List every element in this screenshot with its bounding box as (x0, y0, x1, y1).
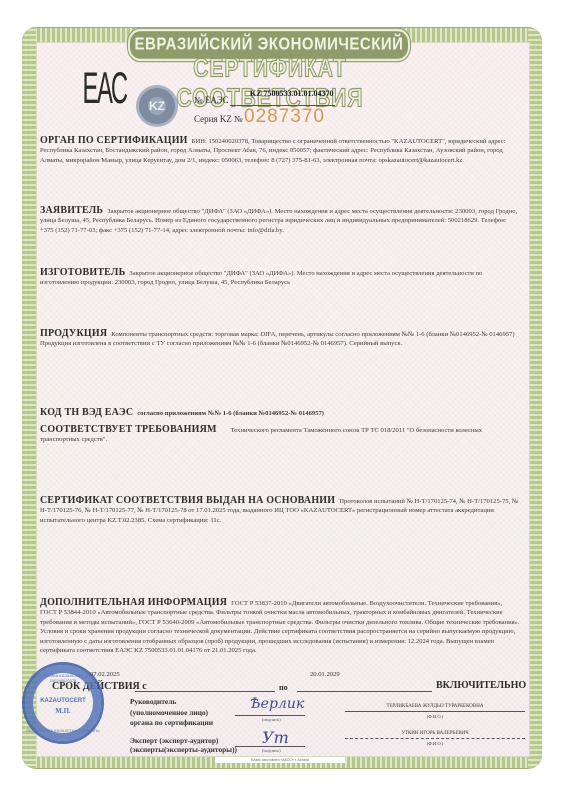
validity-to-label: по (279, 683, 288, 692)
applicant-text: Закрытое акционерное общество "ДИФА" (ЗА… (40, 208, 517, 234)
validity-to-line (297, 691, 432, 692)
product-text: Компоненты транспортных средств: торгова… (40, 331, 515, 347)
expert-signature-caption: (подпись) (262, 748, 281, 753)
series-number: 0287370 (244, 106, 325, 128)
head-name-line (345, 711, 525, 712)
expert-name: УТКИН ИГОРЬ ВАЛЕРЬЕВИЧ (350, 731, 520, 736)
expert-label: Эксперт (эксперт-аудитор) (эксперты(эксп… (130, 736, 237, 754)
conforms-section: СООТВЕТСТВУЕТ ТРЕБОВАНИЯМ Технического р… (40, 425, 520, 445)
certification-body-heading: ОРГАН ПО СЕРТИФИКАЦИИ (40, 135, 188, 146)
stamp-ring-bottom: РЕСПУБЛИКА КАЗАХСТАН Г. АЛМАТЫ (25, 728, 101, 733)
validity-from-line (135, 691, 275, 692)
head-signature-line (235, 715, 305, 716)
applicant-heading: ЗАЯВИТЕЛЬ (40, 205, 103, 216)
applicant-section: ЗАЯВИТЕЛЬЗакрытое акционерное общество "… (40, 206, 520, 235)
expert-signature-line (235, 746, 305, 747)
conforms-heading: СООТВЕТСТВУЕТ ТРЕБОВАНИЯМ (40, 424, 217, 435)
stamp-ring-top: РЕСПУБЛИКА КАЗАХСТАН · БИН 150240020378 (25, 673, 101, 683)
certification-stamp-icon: РЕСПУБЛИКА КАЗАХСТАН · БИН 150240020378 … (22, 662, 104, 744)
expert-signature: Ут (262, 728, 289, 747)
head-label-line-2: (уполномоченное лицо) (130, 708, 213, 719)
head-label: Руководитель (уполномоченное лицо) орган… (130, 697, 213, 729)
stamp-brand: KAZAUTOCERT (31, 698, 95, 704)
validity-inclusive: ВКЛЮЧИТЕЛЬНО (436, 680, 526, 691)
manufacturer-section: ИЗГОТОВИТЕЛЬЗакрытое акционерное обществ… (40, 268, 520, 288)
eaes-number: KZ 7500533.01.01.04370 (250, 89, 334, 98)
basis-heading: СЕРТИФИКАТ СООТВЕТСТВИЯ ВЫДАН НА ОСНОВАН… (40, 495, 335, 506)
expert-name-line (345, 738, 525, 739)
product-section: ПРОДУКЦИЯКомпоненты транспортных средств… (40, 329, 520, 349)
product-heading: ПРОДУКЦИЯ (40, 328, 107, 339)
certification-body-section: ОРГАН ПО СЕРТИФИКАЦИИБИН: 150240020378, … (40, 136, 520, 165)
head-signature: Ѣерлик (250, 696, 304, 712)
additional-info-section: ДОПОЛНИТЕЛЬНАЯ ИНФОРМАЦИЯГОСТ Р 53837-20… (40, 598, 520, 655)
hs-code-section: КОД ТН ВЭД ЕАЭСсогласно приложениям №№ 1… (40, 408, 520, 418)
kz-emblem-icon: KZ (136, 85, 178, 127)
manufacturer-heading: ИЗГОТОВИТЕЛЬ (40, 267, 125, 278)
expert-name-caption: (Ф.И.О.) (350, 741, 520, 746)
eac-logo-icon: ЕАС (82, 64, 126, 115)
head-name-caption: (Ф.И.О.) (350, 714, 520, 719)
validity-to-date: 20.01.2029 (310, 671, 340, 678)
basis-section: СЕРТИФИКАТ СООТВЕТСТВИЯ ВЫДАН НА ОСНОВАН… (40, 496, 520, 525)
head-signature-caption: (подпись) (262, 717, 281, 722)
expert-label-line-2: (эксперты(эксперты-аудиторы)) (130, 745, 237, 754)
head-name: ТЕРЛИКБАЕВА ЖУЛДЫЗ ТУРАРБЕКОВНА (350, 704, 520, 709)
head-label-line-3: органа по сертификации (130, 718, 213, 729)
series-label: Серия KZ № (194, 114, 243, 124)
blank-printer-note: Бланк изготовлен «АКСС» г. Астана (215, 757, 345, 763)
hs-code-text: согласно приложениям №№ 1-6 (бланки №014… (137, 410, 324, 417)
hs-code-heading: КОД ТН ВЭД ЕАЭС (40, 407, 133, 418)
expert-label-line-1: Эксперт (эксперт-аудитор) (130, 736, 237, 745)
stamp-mp: М.П. (25, 707, 101, 715)
head-label-line-1: Руководитель (130, 697, 213, 708)
additional-info-heading: ДОПОЛНИТЕЛЬНАЯ ИНФОРМАЦИЯ (40, 597, 227, 608)
eaes-label: № ЕАЭС (194, 95, 229, 105)
additional-info-text: ГОСТ Р 53837-2010 «Двигатели автомобильн… (40, 600, 520, 654)
